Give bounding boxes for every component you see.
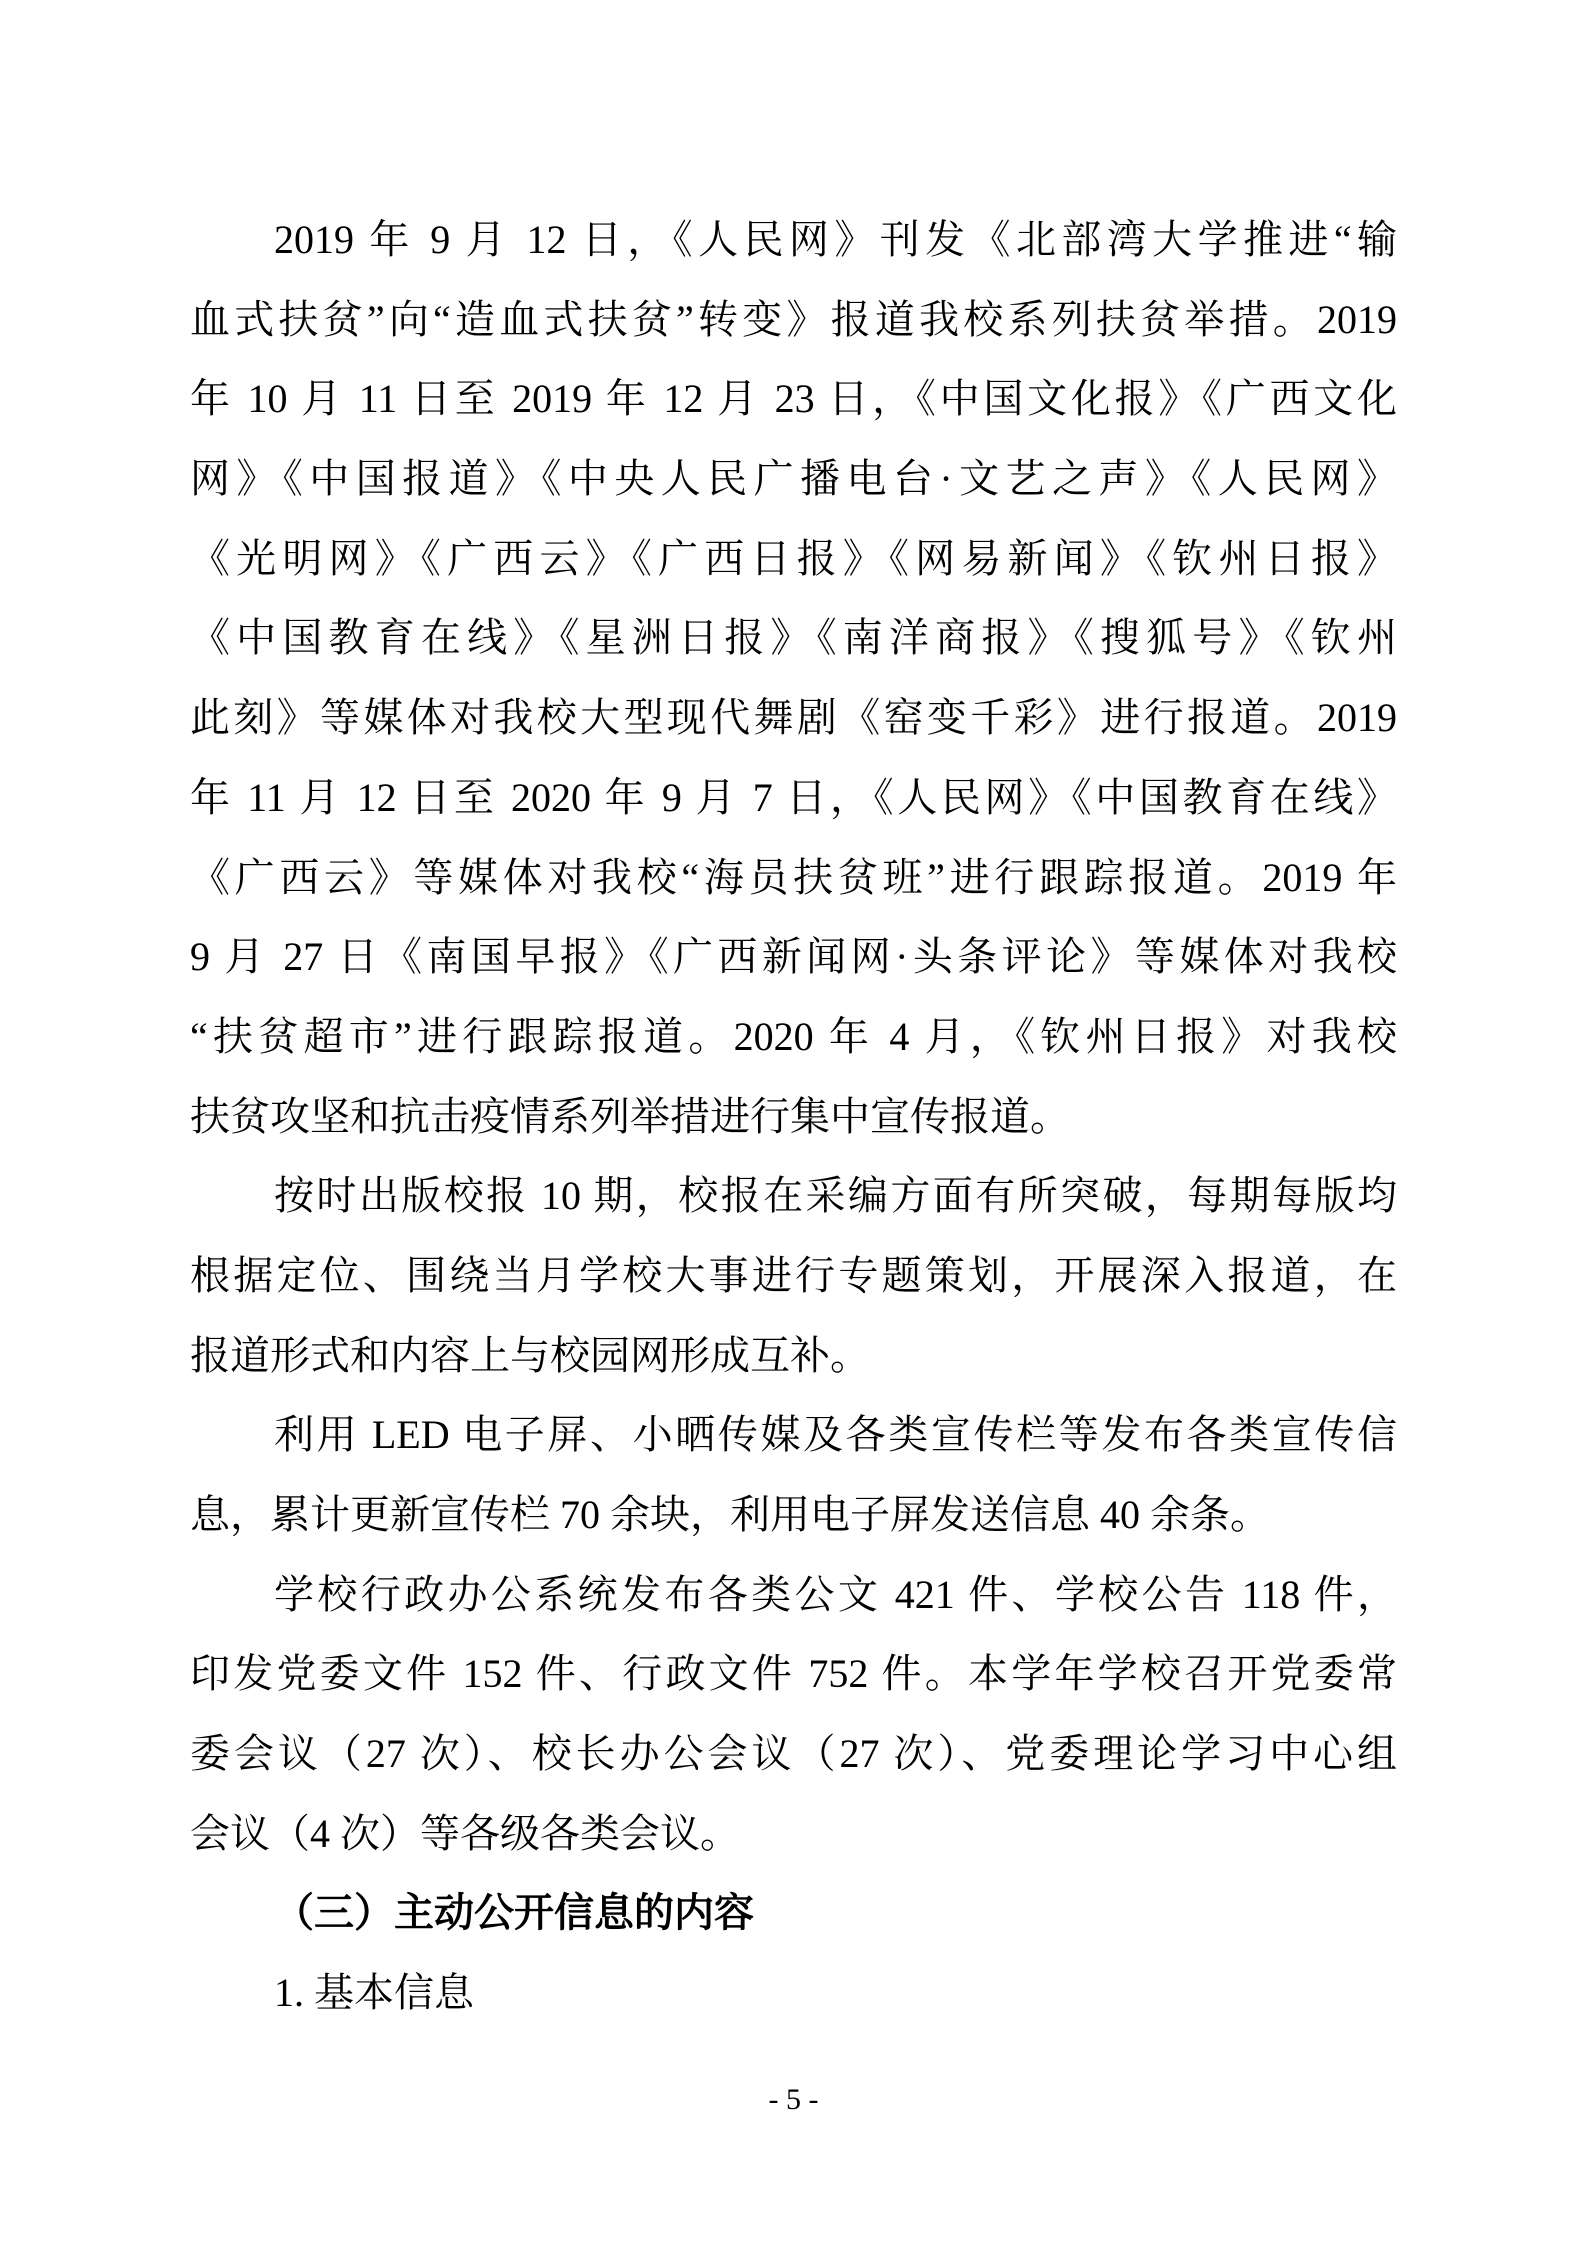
text-line: 网》《中国报道》《中央人民广播电台·文艺之声》《人民网》 (190, 439, 1397, 519)
text-line: 扶贫攻坚和抗击疫情系列举措进行集中宣传报道。 (190, 1077, 1397, 1157)
text-line: 此刻》等媒体对我校大型现代舞剧《窑变千彩》进行报道。2019 (190, 678, 1397, 758)
text-line: 年 11 月 12 日至 2020 年 9 月 7 日，《人民网》《中国教育在线… (190, 758, 1397, 838)
text-line: 息，累计更新宣传栏 70 余块，利用电子屏发送信息 40 余条。 (190, 1475, 1397, 1555)
text-line: 按时出版校报 10 期，校报在采编方面有所突破，每期每版均 (190, 1156, 1397, 1236)
text-line: 利用 LED 电子屏、小晒传媒及各类宣传栏等发布各类宣传信 (190, 1395, 1397, 1475)
text-line: 血式扶贫”向“造血式扶贫”转变》报道我校系列扶贫举措。2019 (190, 280, 1397, 360)
document-body: 2019 年 9 月 12 日，《人民网》刊发《北部湾大学推进“输血式扶贫”向“… (190, 200, 1397, 2033)
text-line: “扶贫超市”进行跟踪报道。2020 年 4 月，《钦州日报》对我校 (190, 997, 1397, 1077)
text-line: 学校行政办公系统发布各类公文 421 件、学校公告 118 件， (190, 1555, 1397, 1635)
text-line: 会议（4 次）等各级各类会议。 (190, 1794, 1397, 1874)
text-line: 根据定位、围绕当月学校大事进行专题策划，开展深入报道，在 (190, 1236, 1397, 1316)
section-heading: （三）主动公开信息的内容 (190, 1873, 1397, 1953)
text-line: 2019 年 9 月 12 日，《人民网》刊发《北部湾大学推进“输 (190, 200, 1397, 280)
document-page: 2019 年 9 月 12 日，《人民网》刊发《北部湾大学推进“输血式扶贫”向“… (0, 0, 1587, 2245)
text-line: 委会议（27 次）、校长办公会议（27 次）、党委理论学习中心组 (190, 1714, 1397, 1794)
text-line: 《广西云》等媒体对我校“海员扶贫班”进行跟踪报道。2019 年 (190, 838, 1397, 918)
text-line: 年 10 月 11 日至 2019 年 12 月 23 日，《中国文化报》《广西… (190, 359, 1397, 439)
text-line: 9 月 27 日《南国早报》《广西新闻网·头条评论》等媒体对我校 (190, 917, 1397, 997)
text-line: 印发党委文件 152 件、行政文件 752 件。本学年学校召开党委常 (190, 1634, 1397, 1714)
text-line: 1. 基本信息 (190, 1953, 1397, 2033)
text-line: 《中国教育在线》《星洲日报》《南洋商报》《搜狐号》《钦州 (190, 598, 1397, 678)
page-number: - 5 - (0, 2080, 1587, 2120)
text-line: 报道形式和内容上与校园网形成互补。 (190, 1316, 1397, 1396)
text-line: 《光明网》《广西云》《广西日报》《网易新闻》《钦州日报》 (190, 519, 1397, 599)
